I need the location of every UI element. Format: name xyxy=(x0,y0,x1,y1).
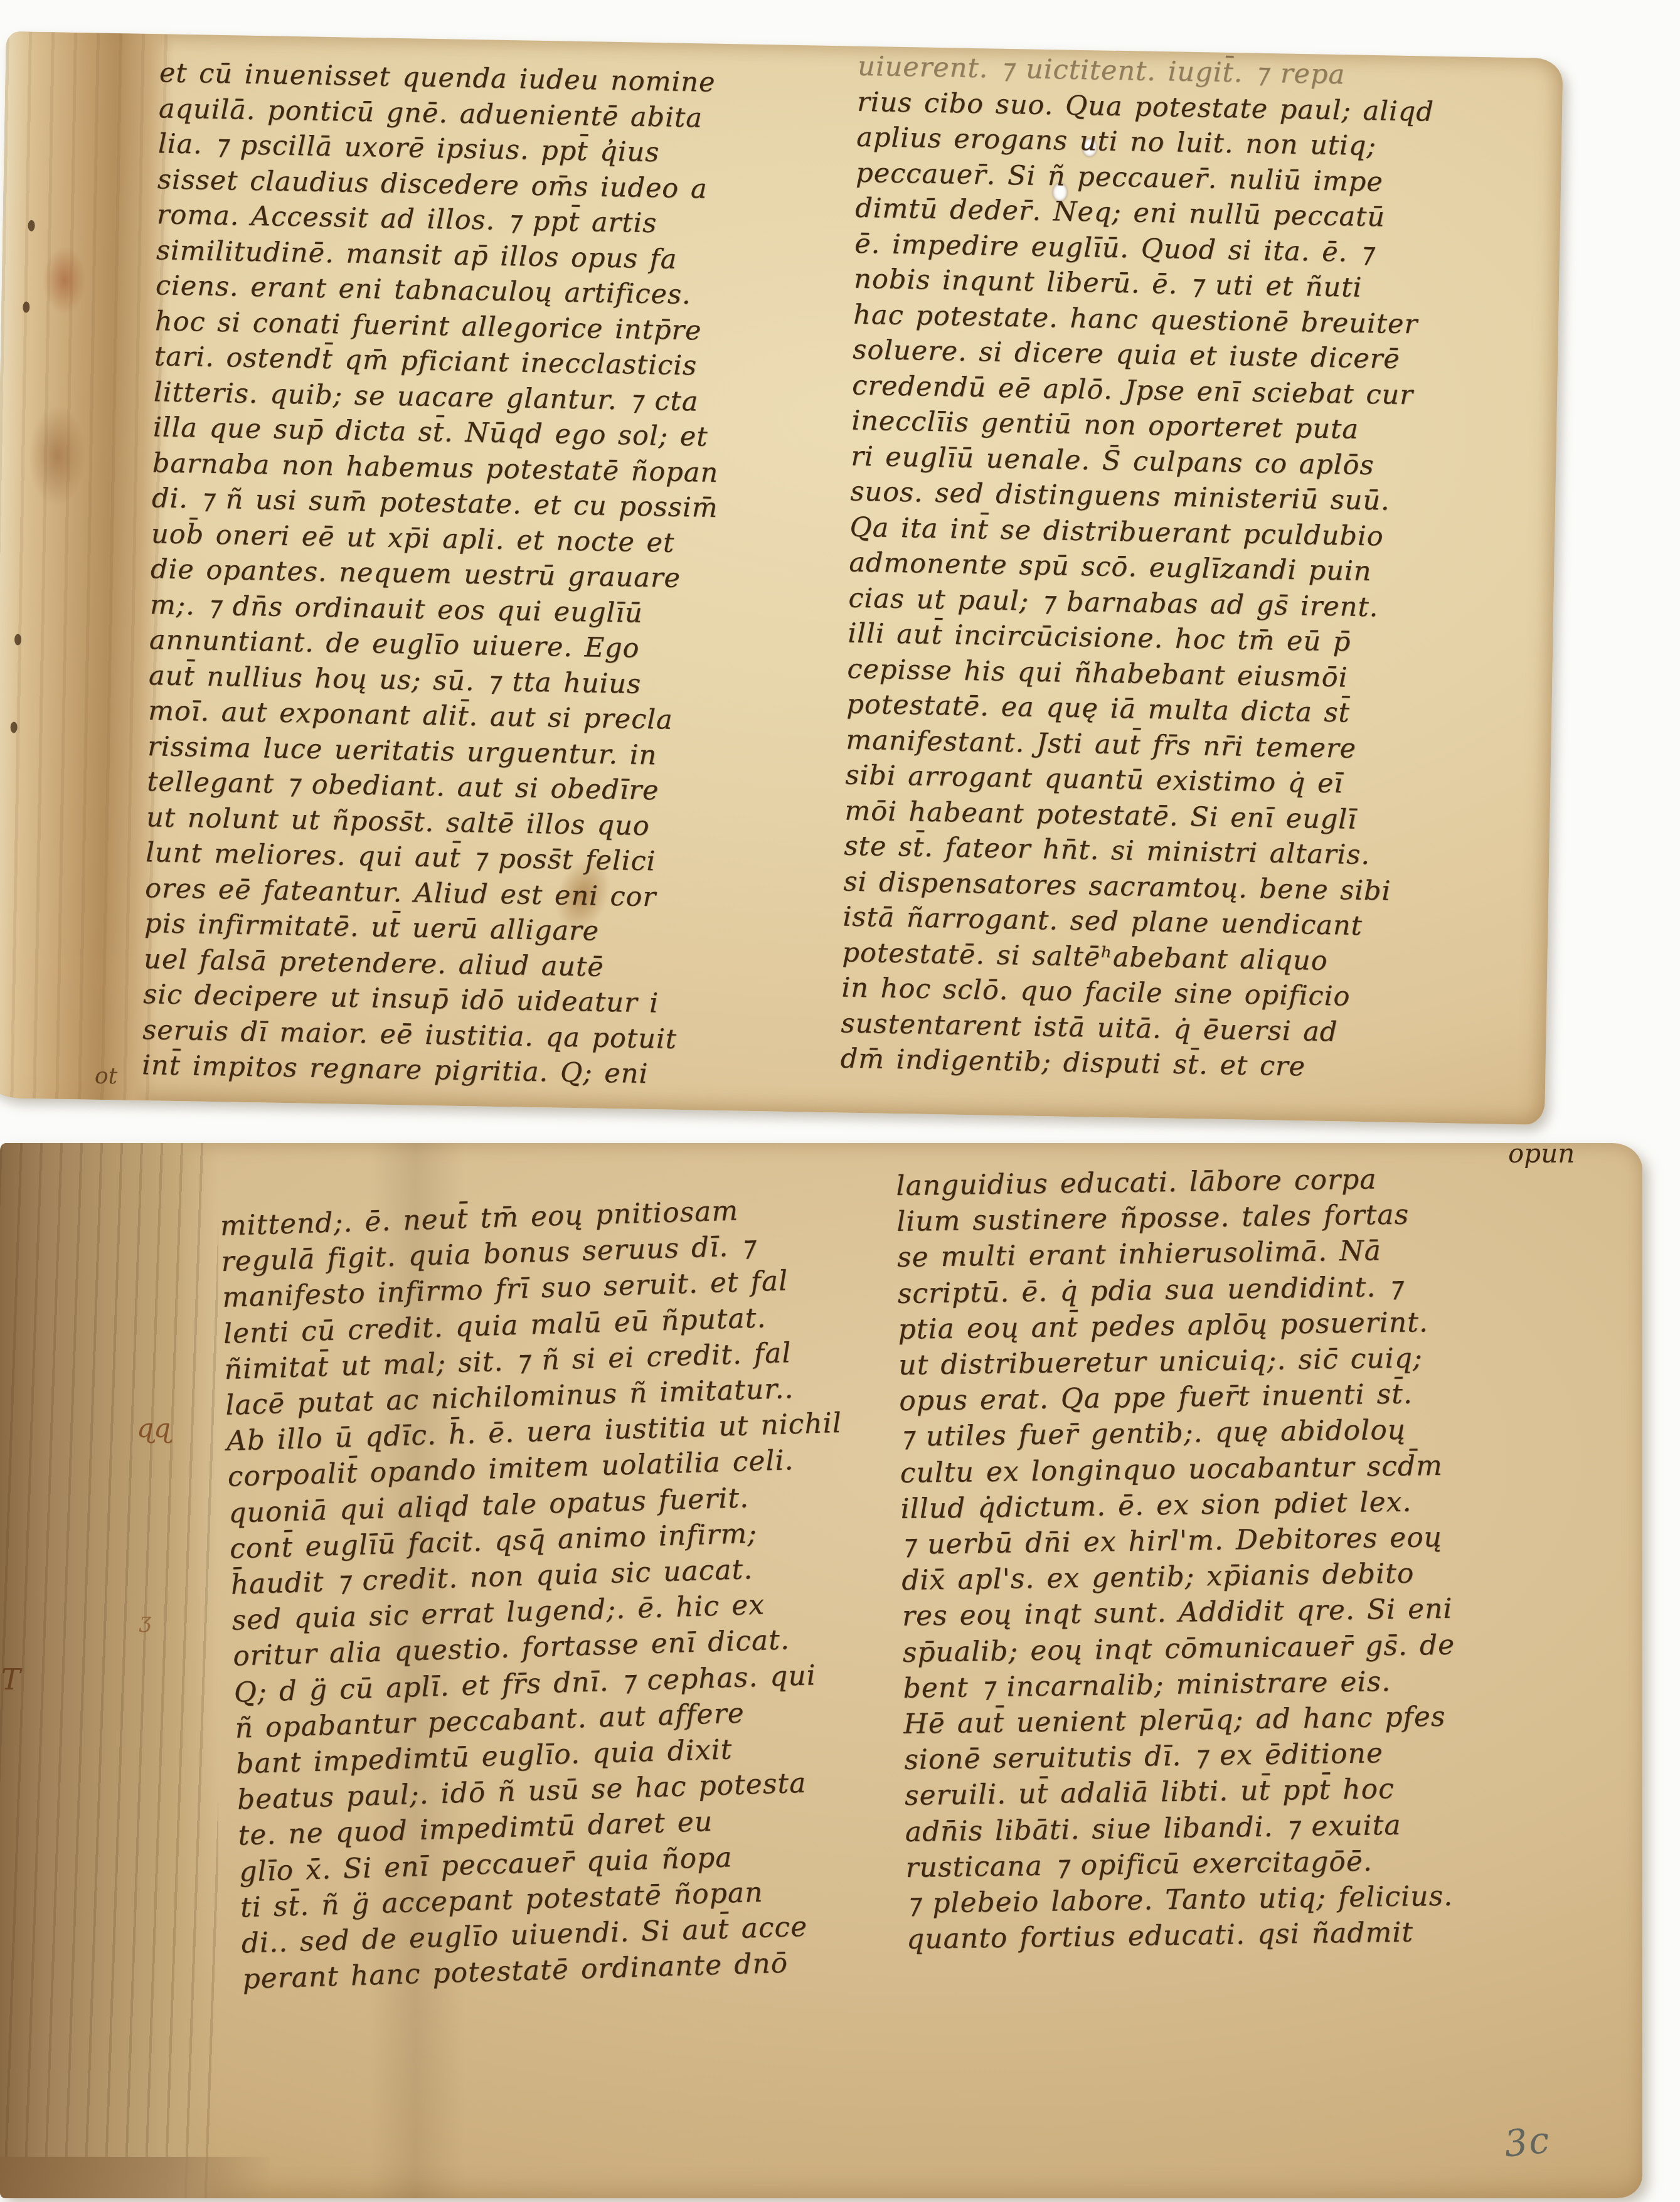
margin-nota-mark: ɋɋ xyxy=(137,1413,171,1444)
text-column-left: mittend;. ē. neut̄ tm̄ eoų pnitiosamregu… xyxy=(220,1188,917,1997)
text-column-right: languidius educati. lābore corpalium sus… xyxy=(896,1159,1575,1957)
binding-fold xyxy=(0,1143,218,2198)
folio-number-pencil: 3c xyxy=(1502,2118,1553,2165)
margin-t-mark: T xyxy=(1,1662,21,1696)
manuscript-page-top: et cū inuenisset quenda iudeu nomineaqui… xyxy=(0,31,1563,1125)
text-column-left: et cū inuenisset quenda iudeu nomineaqui… xyxy=(142,55,790,1094)
margin-squiggle-mark: ʒ xyxy=(139,1609,151,1634)
underlying-leaf-edge xyxy=(0,2157,270,2198)
margin-note: ot xyxy=(95,1063,118,1090)
text-column-right: uiuerent. ⁊ uictitent. iugit̄. ⁊ repariu… xyxy=(840,49,1548,1088)
manuscript-page-bottom: opun mittend;. ē. neut̄ tm̄ eoų pnitiosa… xyxy=(0,1143,1642,2198)
